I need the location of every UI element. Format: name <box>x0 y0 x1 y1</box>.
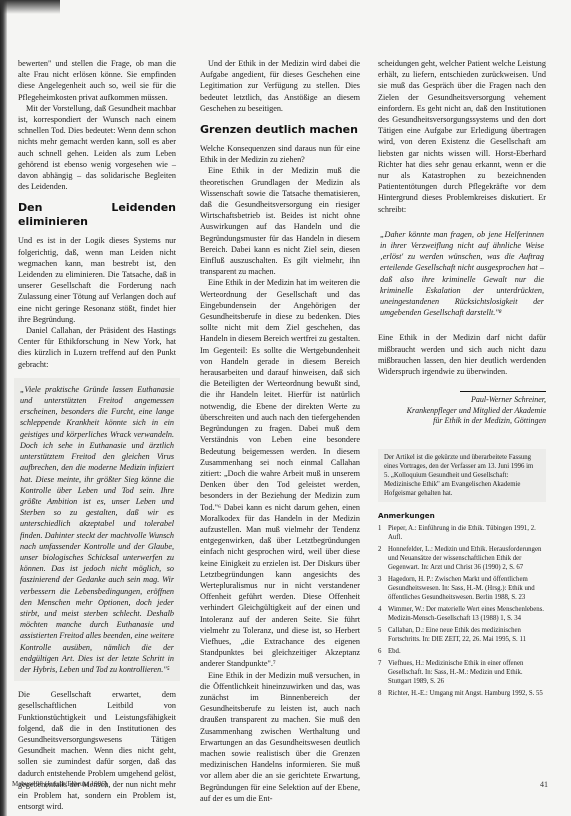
signature-rule <box>460 391 546 392</box>
footnote: 1Pieper, A.: Einführung in die Ethik. Tü… <box>378 524 546 542</box>
block-quote: „Viele praktische Gründe lassen Euthanas… <box>14 378 180 681</box>
journal-footer: Mabuse 98 (Januar/Februar 1996) <box>12 780 107 788</box>
paragraph: Die Gesellschaft erwartet, dem gesellsch… <box>18 689 176 812</box>
right-column: scheidungen geht, welcher Patient welche… <box>378 58 546 701</box>
paragraph: Eine Ethik in der Medizin muß die theore… <box>200 165 360 277</box>
author-signature: Paul-Werner Schreiner, Krankenpfleger un… <box>378 395 546 427</box>
footnotes-list: 1Pieper, A.: Einführung in die Ethik. Tü… <box>378 524 546 698</box>
section-heading: Den Leidenden eliminieren <box>18 201 176 229</box>
footnote: 5Callahan, D.: Eine neue Ethik des mediz… <box>378 626 546 644</box>
quote-text: „Daher könnte man fragen, ob jene Helfer… <box>380 229 544 319</box>
paragraph: Eine Ethik in der Medizin muß versuchen,… <box>200 670 360 804</box>
block-quote: „Daher könnte man fragen, ob jene Helfer… <box>374 223 550 325</box>
paragraph: bewerten" und stellen die Frage, ob man … <box>18 58 176 103</box>
footnote: 3Hagedorn, H. P.: Zwischen Markt und öff… <box>378 575 546 602</box>
quote-text: „Viele praktische Gründe lassen Euthanas… <box>20 384 174 675</box>
author-name: Paul-Werner Schreiner, <box>378 395 546 406</box>
magazine-page: bewerten" und stellen die Frage, ob man … <box>0 0 571 816</box>
paragraph: scheidungen geht, welcher Patient welche… <box>378 58 546 215</box>
editor-note: Der Artikel ist die gekürzte und überarb… <box>378 449 546 502</box>
paragraph: Eine Ethik in der Medizin darf nicht daf… <box>378 332 546 377</box>
author-role: Krankenpfleger und Mitglied der Akademie <box>378 406 546 417</box>
paragraph: Welche Konsequenzen sind daraus nun für … <box>200 143 360 165</box>
binding-shadow <box>0 0 7 816</box>
footnote: 8Richter, H.-E.: Umgang mit Angst. Hambu… <box>378 689 546 698</box>
author-affiliation: für Ethik in der Medizin, Göttingen <box>378 416 546 427</box>
footnote: 2Honnefelder, L.: Medizin und Ethik. Her… <box>378 545 546 572</box>
footnote: 6Ebd. <box>378 647 546 656</box>
scan-shadow <box>0 0 60 14</box>
paragraph: Und der Ethik in der Medizin wird dabei … <box>200 58 360 114</box>
paragraph: Eine Ethik in der Medizin hat im weitere… <box>200 277 360 669</box>
notes-heading: Anmerkungen <box>378 510 546 521</box>
paragraph: Mit der Vorstellung, daß Gesundheit mach… <box>18 103 176 193</box>
paragraph: Daniel Callahan, der Präsident des Hasti… <box>18 325 176 370</box>
middle-column: Und der Ethik in der Medizin wird dabei … <box>200 58 360 804</box>
section-heading: Grenzen deutlich machen <box>200 123 360 137</box>
footnote: 4Wimmer, W.: Der materielle Wert eines M… <box>378 605 546 623</box>
page-number: 41 <box>540 780 548 789</box>
footnote: 7Viefhues, H.: Medizinische Ethik in ein… <box>378 659 546 686</box>
left-column: bewerten" und stellen die Frage, ob man … <box>18 58 176 812</box>
paragraph: Und es ist in der Logik dieses Systems n… <box>18 235 176 325</box>
